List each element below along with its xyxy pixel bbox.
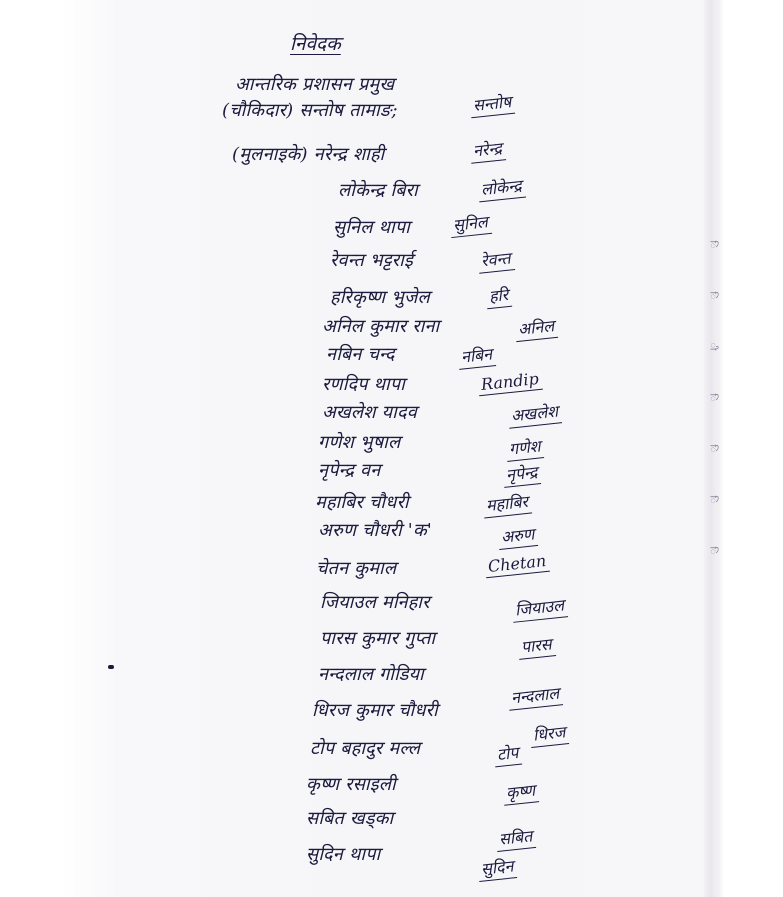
signature: अरुण (497, 522, 539, 550)
signatory-name: सुदिन थापा (306, 842, 380, 866)
ink-speck (108, 665, 114, 669)
signatory-name: अखलेश यादव (322, 400, 417, 424)
signature: टोप (493, 741, 523, 768)
signature: सुदिन (477, 854, 518, 882)
signatory-name: नृपेन्द्र वन (318, 458, 380, 482)
signature: रेवन्त (477, 246, 515, 274)
signature: सन्तोष (469, 90, 516, 118)
signatory-name: नन्दलाल गोडिया (318, 662, 424, 686)
signature: नृपेन्द्र (502, 460, 542, 488)
signature: धिरज (529, 720, 570, 748)
signatory-name: रणदिप थापा (322, 372, 405, 396)
signatory-name: महाबिर चौधरी (315, 490, 409, 514)
signatory-name: नबिन चन्द (326, 342, 395, 366)
signature: नबिन (457, 342, 496, 370)
signature: महाबिर (482, 490, 532, 519)
signature: पारस (517, 632, 556, 660)
signatory-name: कृष्ण रसाइली (306, 772, 396, 796)
signatory-name: गणेश भुषाल (318, 430, 400, 454)
signatory-name: अनिल कुमार राना (322, 314, 439, 338)
signatory-name: पारस कुमार गुप्ता (320, 626, 435, 650)
document-title: निवेदक (290, 30, 341, 56)
signatory-name: धिरज कुमार चौधरी (312, 698, 438, 722)
signatory-name: लोकेन्द्र बिरा (338, 178, 418, 202)
edge-mark: ि (708, 496, 717, 504)
header-line-role: आन्तरिक प्रशासन प्रमुख (235, 72, 394, 96)
signature: नरेन्द्र (469, 136, 506, 164)
edge-mark: ि (708, 445, 717, 453)
signature: अनिल (514, 314, 558, 342)
signatory-name: अरुण चौधरी 'क' (318, 518, 432, 542)
signature: सुनिल (449, 210, 492, 238)
header-line-narendra: (मुलनाइके) नरेन्द्र शाही (232, 142, 384, 166)
edge-mark: ि (708, 394, 717, 402)
signatory-name: सबित खड्का (306, 806, 393, 830)
signatory-name: जियाउल मनिहार (320, 590, 430, 614)
header-line-santosh: (चौकिदार) सन्तोष तामाङ; (222, 98, 398, 122)
edge-mark: ि (708, 292, 717, 300)
signatory-name: हरिकृष्ण भुजेल (330, 285, 430, 309)
signature: हरि (485, 283, 513, 310)
edge-mark: ि (708, 547, 717, 555)
signature: सबित (495, 824, 537, 852)
signatory-name: सुनिल थापा (333, 215, 410, 239)
signature: कृष्ण (502, 778, 539, 806)
signatory-name: टोप बहादुर मल्ल (310, 736, 420, 760)
signature: लोकेन्द्र (477, 174, 526, 203)
edge-mark: ी (708, 343, 717, 351)
signatory-name: रेवन्त भट्टराई (330, 248, 413, 272)
edge-mark: ि (708, 241, 717, 249)
signature: गणेश (505, 434, 545, 462)
signatory-name: चेतन कुमाल (316, 556, 396, 580)
edge-marks: ि ि ी ि ि ि ि (706, 240, 718, 555)
